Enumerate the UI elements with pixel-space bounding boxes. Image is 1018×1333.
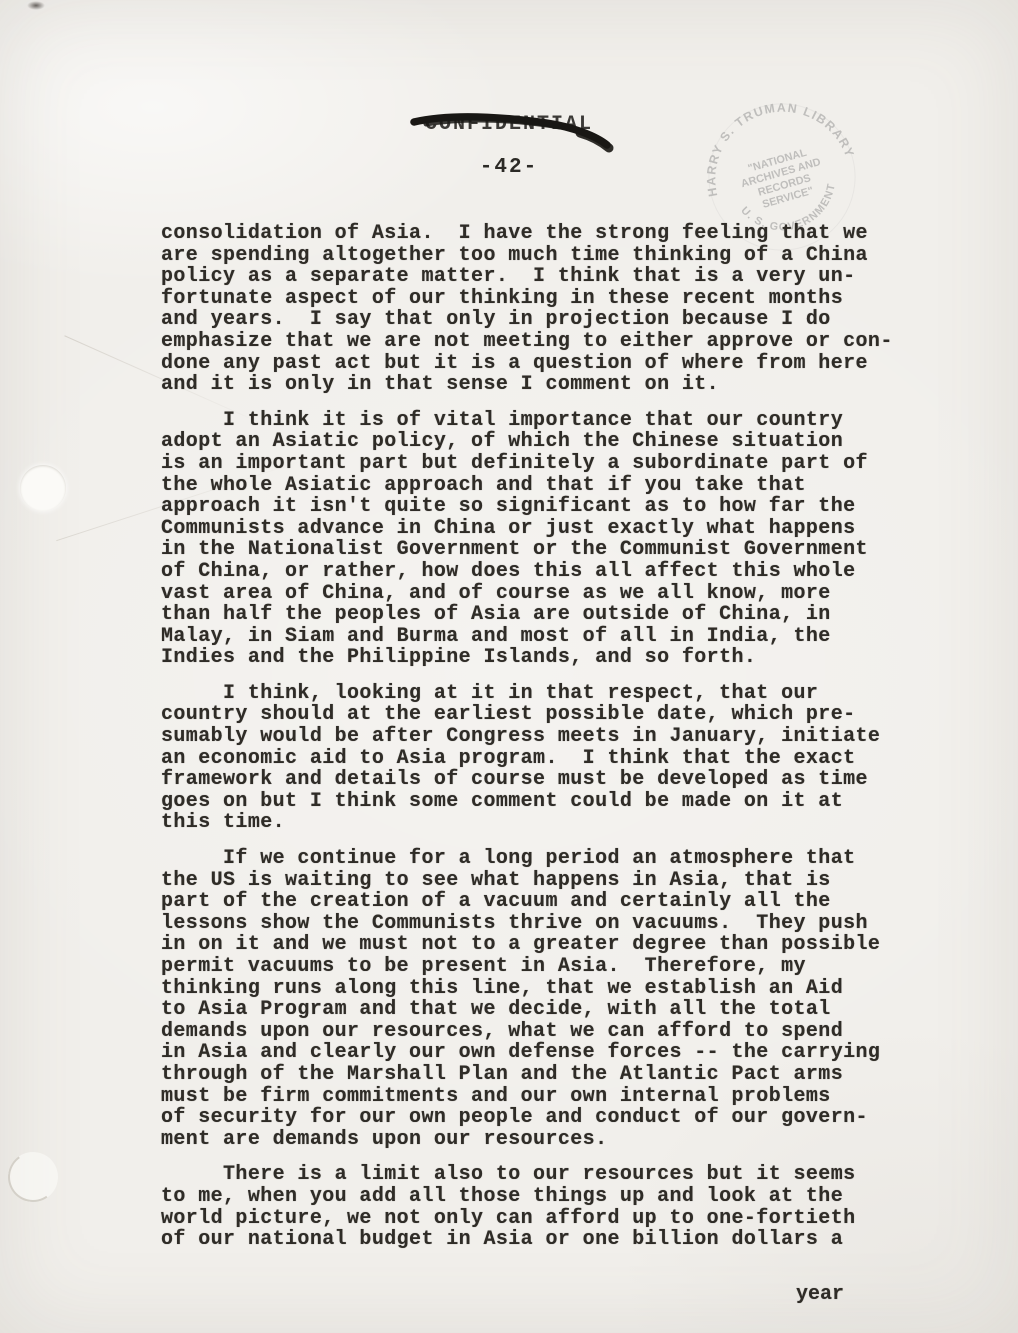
- punch-hole: [20, 465, 66, 511]
- classification-label: CONFIDENTIAL: [425, 113, 593, 136]
- paragraph: There is a limit also to our resources b…: [161, 1164, 941, 1250]
- page-number: -42-: [0, 156, 1018, 179]
- ink-smudge: [27, 1, 45, 10]
- paragraph: If we continue for a long period an atmo…: [161, 848, 941, 1150]
- catchword: year: [796, 1283, 844, 1306]
- classification-header: CONFIDENTIAL: [0, 113, 1018, 136]
- document-body: consolidation of Asia. I have the strong…: [161, 223, 941, 1265]
- punch-hole-crescent: [4, 1148, 62, 1206]
- paragraph: I think, looking at it in that respect, …: [161, 683, 941, 834]
- document-page: CONFIDENTIAL -42- HARRY S. TRUMAN LIBRAR…: [0, 0, 1018, 1333]
- paragraph: I think it is of vital importance that o…: [161, 410, 941, 669]
- paragraph: consolidation of Asia. I have the strong…: [161, 223, 941, 396]
